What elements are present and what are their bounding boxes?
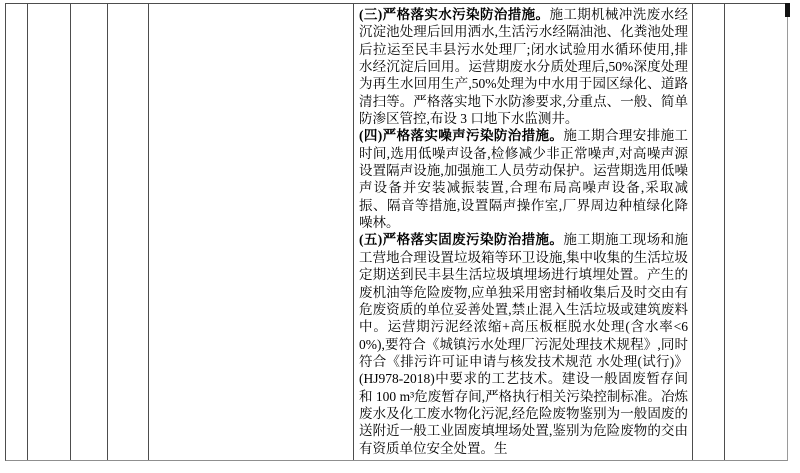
- paragraph-solid-waste-body: 施工期施工现场和施工营地合理设置垃圾箱等环卫设施,集中收集的生活垃圾定期送到民丰…: [359, 232, 688, 455]
- paragraph-noise-pollution: (四)严格落实噪声污染防治措施。施工期合理安排施工时间,选用低噪声设备,检修减少…: [359, 127, 688, 231]
- paragraph-noise-body: 施工期合理安排施工时间,选用低噪声设备,检修减少非正常噪声,对高噪声源设置隔声设…: [359, 128, 688, 230]
- paragraph-water-heading: (三)严格落实水污染防治措施。: [359, 7, 549, 22]
- paragraph-solid-waste-heading: (五)严格落实固废污染防治措施。: [359, 232, 563, 247]
- table-cell-empty-3: [71, 4, 108, 460]
- paragraph-noise-heading: (四)严格落实噪声污染防治措施。: [359, 128, 563, 143]
- table-cell-empty-5: [149, 4, 354, 460]
- paragraph-water-body: 施工期机械冲洗废水经沉淀池处理后回用洒水,生活污水经隔油池、化粪池处理后拉运至民…: [359, 7, 688, 126]
- table-cell-empty-7: [725, 4, 787, 460]
- table-row: (三)严格落实水污染防治措施。施工期机械冲洗废水经沉淀池处理后回用洒水,生活污水…: [5, 3, 788, 461]
- table-cell-empty-2: [28, 4, 71, 460]
- table-corner-mark: [785, 3, 790, 17]
- table-cell-empty-6: [693, 4, 725, 460]
- table-cell-measures-text: (三)严格落实水污染防治措施。施工期机械冲洗废水经沉淀池处理后回用洒水,生活污水…: [354, 4, 693, 460]
- table-cell-empty-1: [6, 4, 28, 460]
- paragraph-water-pollution: (三)严格落实水污染防治措施。施工期机械冲洗废水经沉淀池处理后回用洒水,生活污水…: [359, 6, 688, 127]
- table-cell-empty-4: [108, 4, 149, 460]
- paragraph-solid-waste: (五)严格落实固废污染防治措施。施工期施工现场和施工营地合理设置垃圾箱等环卫设施…: [359, 231, 688, 456]
- document-page: (三)严格落实水污染防治措施。施工期机械冲洗废水经沉淀池处理后回用洒水,生活污水…: [0, 0, 800, 473]
